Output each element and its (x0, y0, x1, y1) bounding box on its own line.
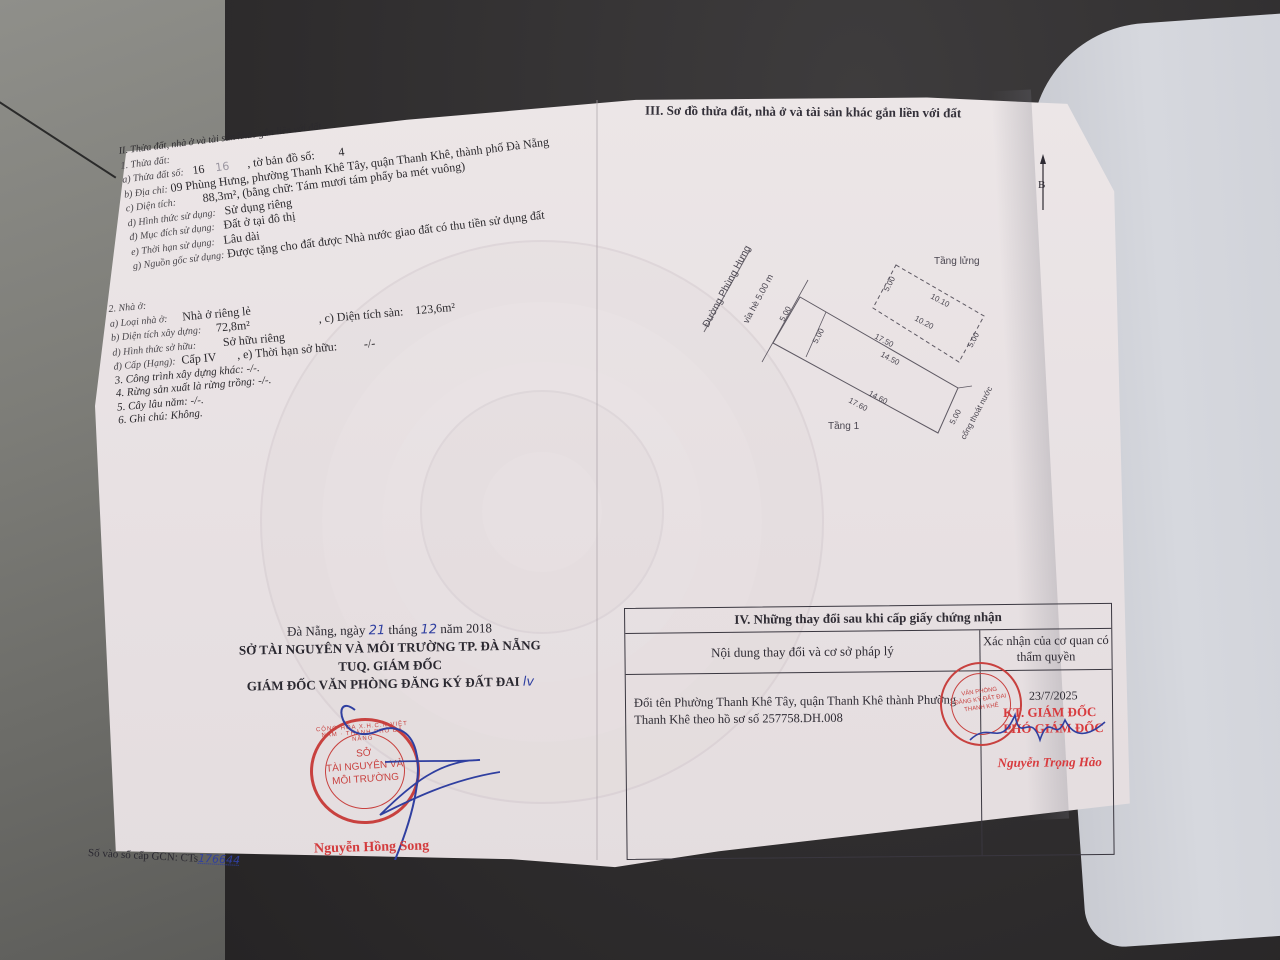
own-term-value: -/- (363, 336, 376, 351)
svg-text:5.00: 5.00 (811, 326, 827, 344)
svg-text:5.00: 5.00 (882, 274, 898, 292)
floor-area-value: 123,6m² (415, 300, 456, 317)
parcel-hand-note: 16 (215, 160, 230, 175)
table-row: Đổi tên Phường Thanh Khê Tây, quận Thanh… (626, 670, 1114, 859)
issue-year: năm 2018 (440, 620, 492, 636)
svg-text:10.20: 10.20 (913, 314, 935, 332)
svg-text:14.50: 14.50 (879, 350, 901, 368)
date-prefix: Đà Nẵng, ngày (287, 622, 366, 638)
drum-watermark-inner (420, 390, 664, 634)
signer-name-right: Nguyễn Trọng Hào (998, 754, 1102, 771)
month-label: tháng (388, 622, 417, 638)
svg-text:cống thoát nước: cống thoát nước (959, 385, 994, 440)
map-sheet-number: 4 (338, 145, 346, 160)
director-initials: lv (523, 674, 535, 689)
change-date: 23/7/2025 (1029, 688, 1078, 704)
svg-text:Tầng lửng: Tầng lửng (934, 255, 980, 267)
svg-text:5.00: 5.00 (778, 304, 794, 322)
seal-line-1: SỞ (311, 743, 416, 763)
changes-table: IV. Những thay đổi sau khi cấp giấy chứn… (624, 603, 1115, 860)
svg-text:17.50: 17.50 (873, 332, 895, 350)
parcel-number: 16 (192, 162, 206, 177)
seal-line-2: TÀI NGUYÊN VÀ (312, 756, 417, 776)
signer-name-left: Nguyễn Hồng Song (314, 838, 430, 857)
section3-heading: III. Sơ đồ thửa đất, nhà ở và tài sản kh… (645, 103, 961, 122)
grade-value: Cấp IV (181, 350, 217, 367)
registry-value: 176644 (198, 852, 241, 867)
parcel-diagram: Đường Phùng Hưng vỉa hè 5.00 m 5.00 5.00… (680, 240, 1000, 440)
header-authority: Xác nhận của cơ quan có thẩm quyền (980, 629, 1111, 670)
issuer-block: Đà Nẵng, ngày 21 tháng 12 năm 2018 SỞ TÀ… (179, 618, 600, 695)
svg-text:Tầng 1: Tầng 1 (828, 420, 860, 432)
svg-text:vỉa hè 5.00 m: vỉa hè 5.00 m (741, 273, 775, 325)
change-content: Đổi tên Phường Thanh Khê Tây, quận Thanh… (626, 671, 983, 859)
header-content: Nội dung thay đổi và cơ sở pháp lý (625, 630, 980, 674)
svg-text:B: B (1038, 179, 1045, 191)
svg-text:17.60: 17.60 (847, 396, 869, 414)
svg-text:5.00: 5.00 (948, 407, 964, 425)
north-arrow-icon: B (1036, 154, 1050, 212)
changes-table-header: Nội dung thay đổi và cơ sở pháp lý Xác n… (625, 629, 1111, 675)
seal-right-text: VĂN PHÒNGĐĂNG KÝ ĐẤT ĐAITHANH KHÊ (940, 683, 1021, 718)
seal-line-3: MÔI TRƯỜNG (313, 769, 418, 789)
issue-month: 12 (420, 622, 437, 637)
svg-text:14.60: 14.60 (867, 389, 889, 407)
issue-day: 21 (369, 623, 386, 638)
svg-text:10.10: 10.10 (929, 292, 951, 310)
svg-text:5.00: 5.00 (966, 330, 982, 348)
authority-line-2: PHÓ GIÁM ĐỐC (1003, 720, 1104, 737)
